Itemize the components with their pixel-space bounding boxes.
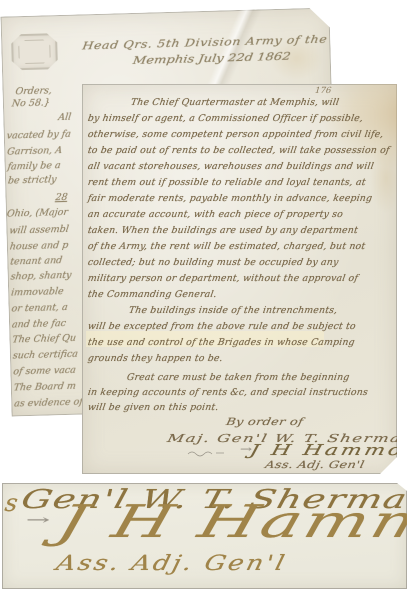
front-page: 176 The Chief Quartermaster at Memphis, … <box>82 84 397 474</box>
handwriting-fragment: Orders, <box>15 85 53 97</box>
handwriting-fragment: vacated by fa <box>6 129 72 142</box>
handwriting-fragment: will assembl <box>9 224 70 237</box>
handwriting-line: The buildings inside of the intrenchment… <box>128 305 338 316</box>
handwriting-line: will be excepted from the above rule and… <box>87 321 357 332</box>
partial-letter: s <box>3 489 20 517</box>
pencil-note <box>186 448 238 457</box>
handwriting-fragment: All <box>57 112 71 123</box>
by-order-line: By order of <box>225 417 304 428</box>
handwriting-fragment: and the fac <box>11 318 66 331</box>
handwriting-fragment: shop, shanty <box>10 270 72 283</box>
handwriting-line: an accurate account, with each piece of … <box>87 209 344 220</box>
pencil-arrow-icon: → <box>26 513 50 528</box>
signer-title-line: Ass. Adj. Gen'l <box>264 460 365 471</box>
handwriting-fragment: No 58.} <box>11 97 51 109</box>
handwriting-fragment: or tenant, a <box>11 302 69 315</box>
handwriting-fragment: family be a <box>7 160 61 173</box>
handwriting-fragment: immovable <box>10 286 64 299</box>
handwriting-line: The Chief Quartermaster at Memphis, will <box>130 97 340 108</box>
handwriting-line: taken. When the buildings are used by an… <box>87 225 359 236</box>
handwriting-fragment: of some vaca <box>13 365 77 378</box>
handwriting-line: by himself or agent, a Commissioned Offi… <box>87 113 364 124</box>
embossed-paper-seal-icon <box>11 33 58 70</box>
handwriting-fragment: Garrison, A <box>6 145 62 158</box>
handwriting-fragment: house and p <box>9 240 69 253</box>
handwriting-fragment: such certifica <box>12 349 79 362</box>
handwriting-fragment: The Board m <box>13 381 77 394</box>
handwriting-line: of the Army, the rent will be estimated,… <box>87 241 366 252</box>
handwriting-line: to be paid out of rents to be collected,… <box>87 145 390 156</box>
handwriting-line: military person or department, without t… <box>87 273 359 284</box>
handwriting-line: in keeping accounts of rents &c, and spe… <box>87 387 369 398</box>
handwriting-line: grounds they happen to be. <box>87 353 224 364</box>
handwriting-line: all vacant storehouses, warehouses and b… <box>87 161 375 172</box>
handwriting-fragment: as evidence of <box>13 397 83 410</box>
handwriting-line: Great care must be taken from the beginn… <box>126 372 350 383</box>
page-number: 176 <box>314 86 331 96</box>
handwriting-fragment: 28 <box>55 192 69 203</box>
handwriting-fragment: tenant and <box>9 255 62 267</box>
handwriting-line: will be given on this point. <box>87 402 219 413</box>
handwriting-line: rent them out if possible to reliable an… <box>87 177 367 188</box>
handwriting-fragment: Ohio, (Major <box>6 207 68 220</box>
hammond-signature: J H Hammond <box>248 441 413 459</box>
hammond-signature-large: J H Hammond <box>52 495 407 548</box>
handwriting-line: fair moderate rents, payable monthly in … <box>87 193 373 204</box>
signature-closeup-strip: s Gen'l W. T. Sherman → J H Hammond Ass.… <box>2 483 407 589</box>
handwriting-line: otherwise, some competent person appoint… <box>87 129 384 140</box>
signer-title-large: Ass. Adj. Gen'l <box>54 551 289 575</box>
document-photo: Head Qrs. 5th Division Army of the Tenn.… <box>0 0 413 599</box>
handwriting-line: the Commanding General. <box>87 289 218 300</box>
handwriting-fragment: The Chief Qu <box>12 333 77 346</box>
handwriting-line: the use and control of the Brigades in w… <box>87 337 356 348</box>
handwriting-fragment: be strictly <box>7 174 57 186</box>
handwriting-line: collected; but no building must be occup… <box>87 257 339 268</box>
